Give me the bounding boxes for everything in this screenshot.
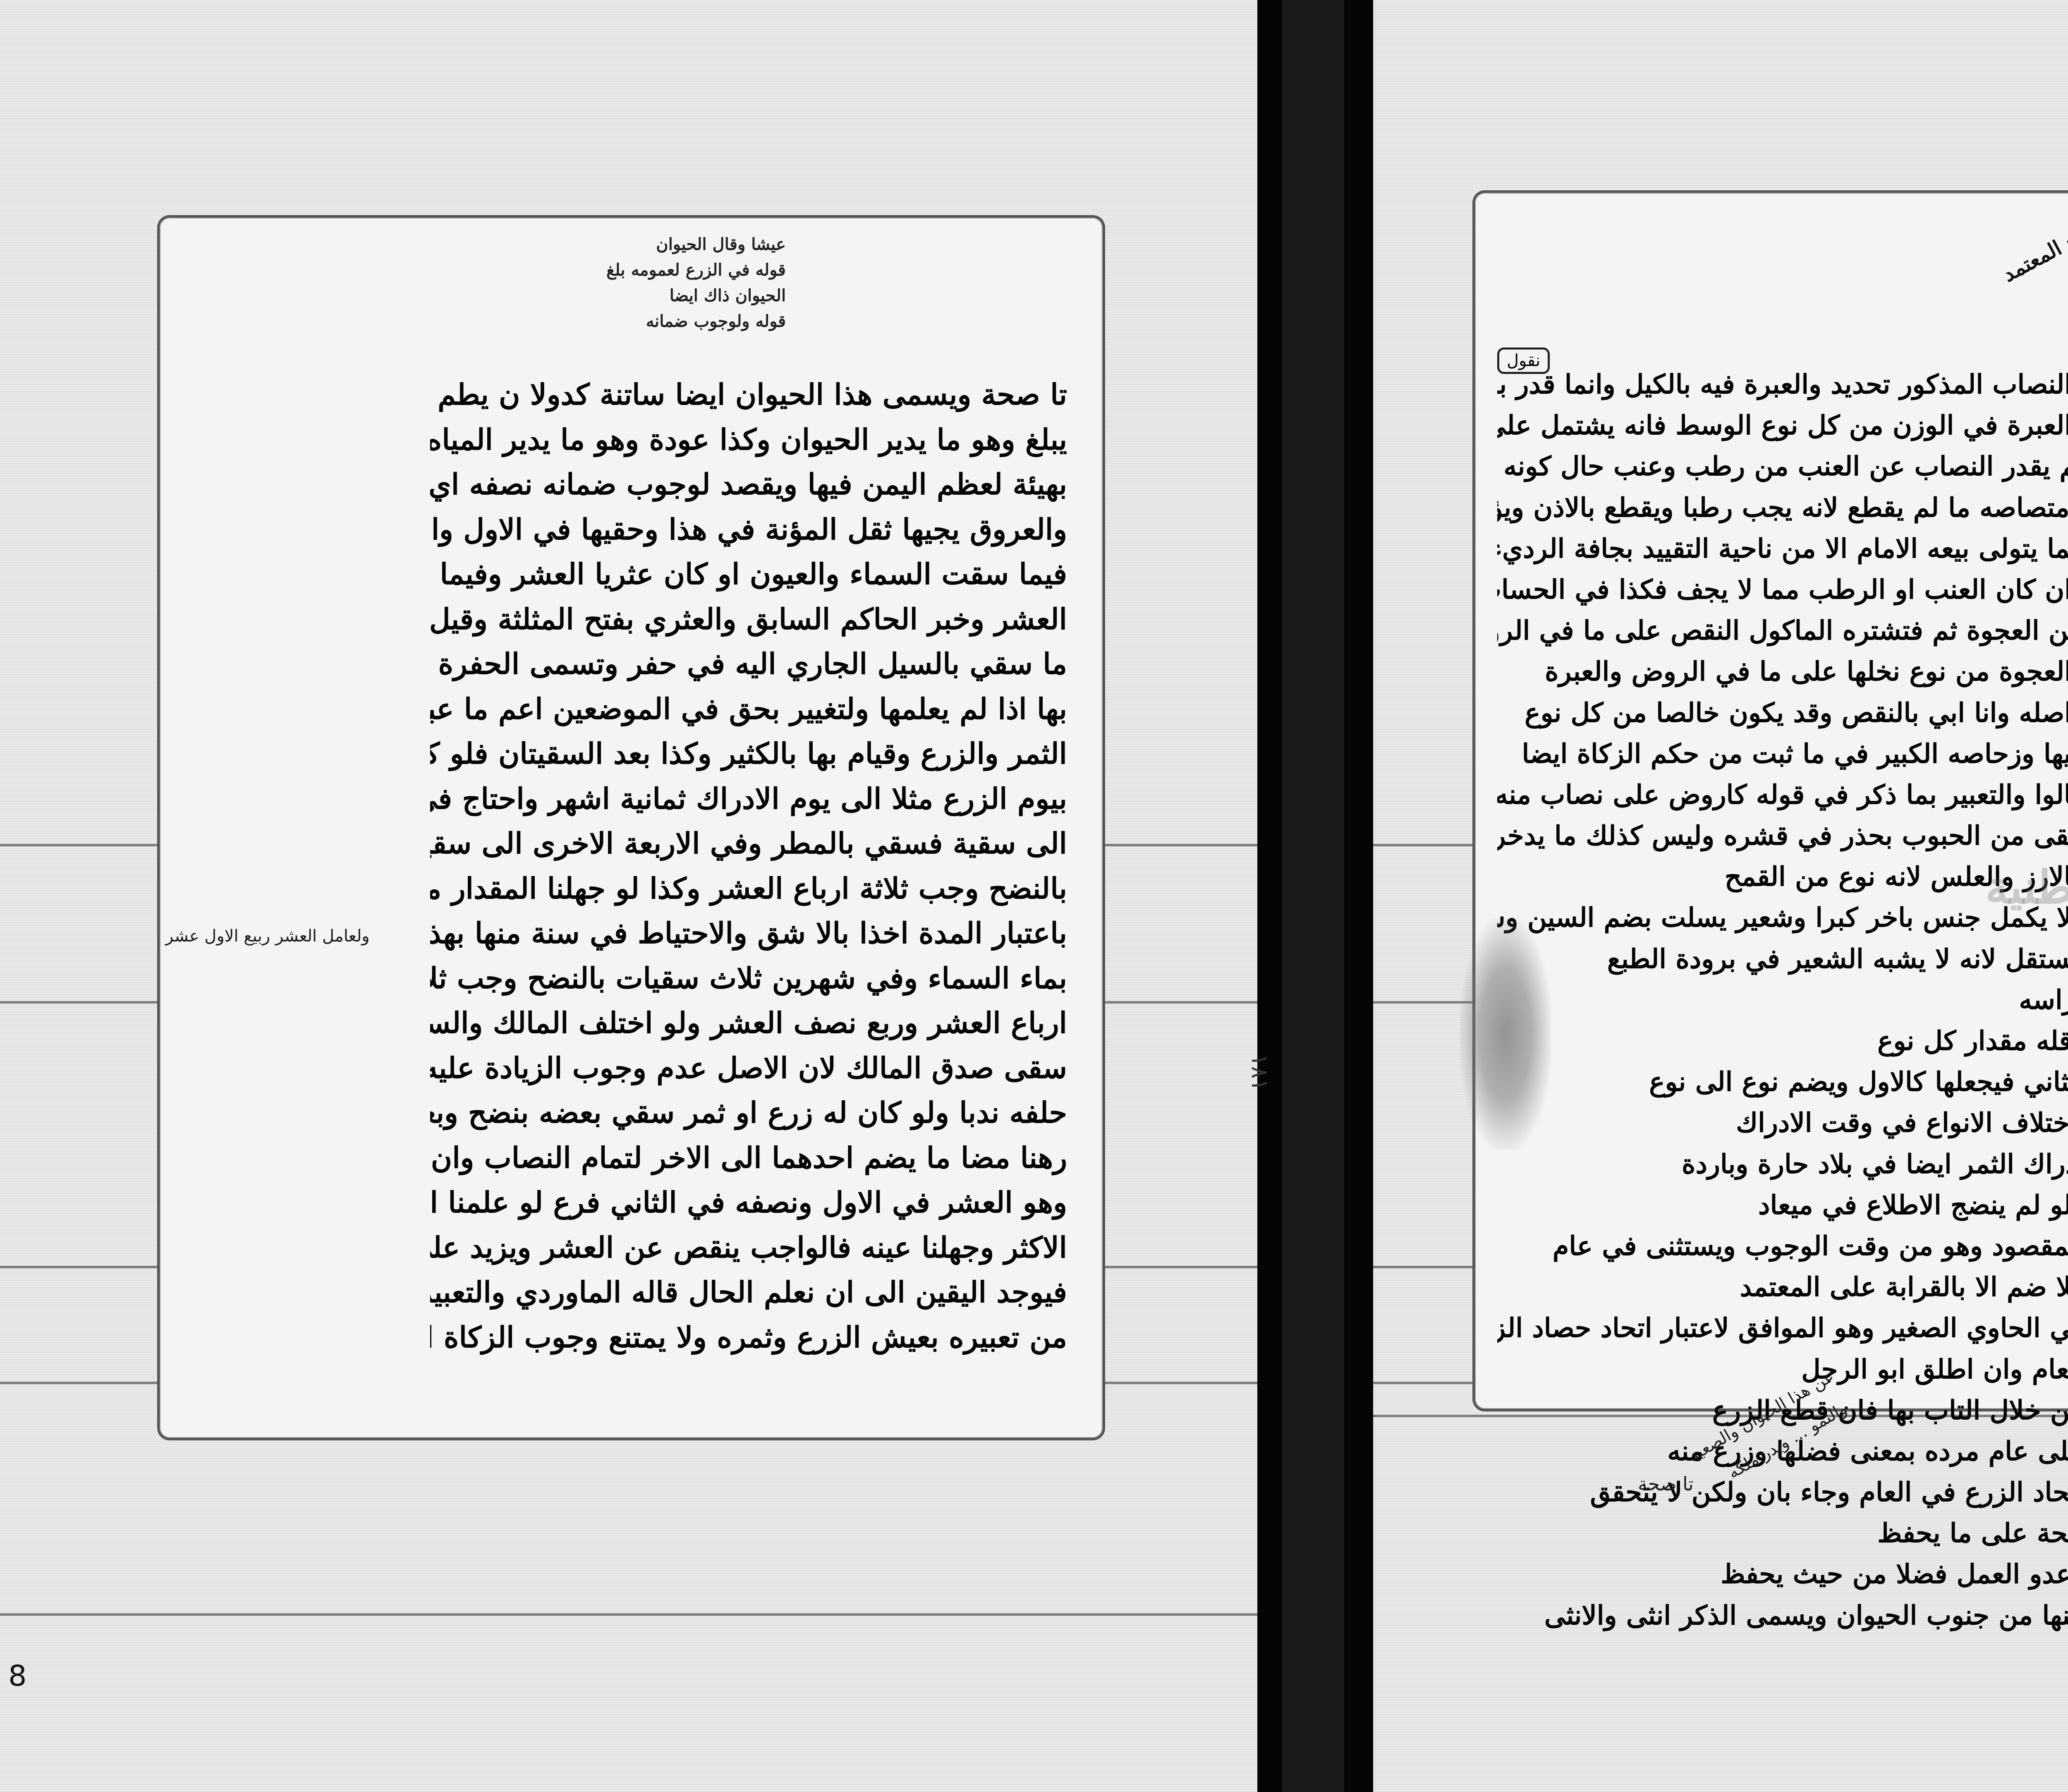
spine-shadow xyxy=(1282,0,1344,1792)
text-line: وهو العشر في الاول ونصفه في الثاني فرع ل… xyxy=(430,1180,1067,1225)
text-line: ثم يقدر النصاب عن العنب من رطب وعنب حال … xyxy=(1497,446,2068,487)
spine-label: ١٨١ xyxy=(1246,1054,1273,1091)
text-line: وقله مقدار كل نوع xyxy=(1497,1021,2068,1061)
text-line: باعتبار المدة اخذا بالا شق والاحتياط في … xyxy=(430,911,1067,956)
book-spine xyxy=(1257,0,1373,1792)
text-line: منها من جنوب الحيوان ويسمى الذكر انثى وا… xyxy=(1497,1595,2068,1636)
text-line: براسه xyxy=(1497,980,2068,1021)
text-line: فلا ضم الا بالقرابة على المعتمد xyxy=(1497,1267,2068,1308)
text-line: وان كان العنب او الرطب مما لا يجف فكذا ف… xyxy=(1497,569,2068,610)
text-line: بيوم الزرع مثلا الى يوم الادراك ثمانية ا… xyxy=(430,776,1067,822)
text-line: لاختلاف الانواع في وقت الادراك xyxy=(1497,1102,2068,1143)
margin-note: قوله ولوجوب ضمانه xyxy=(414,309,786,334)
text-line: وعدو العمل فضلا من حيث يحفظ xyxy=(1497,1554,2068,1595)
text-line: والعروق يجيها ثقل المؤنة في هذا وحقيها ف… xyxy=(430,507,1067,552)
text-line: بهيئة لعظم اليمن فيها ويقصد لوجوب ضمانه … xyxy=(430,462,1067,507)
text-line: ولا يكمل جنس باخر كبرا وشعير يسلت بضم ال… xyxy=(1497,897,2068,938)
text-line: ما سقي بالسيل الجاري اليه في حفر وتسمى ا… xyxy=(430,642,1067,687)
margin-note: الحيوان ذاك ايضا xyxy=(414,283,786,309)
bottom-word: تا صحة xyxy=(1638,1473,1694,1495)
text-line: الى سقية فسقي بالمطر وفي الاربعة الاخرى … xyxy=(430,821,1067,866)
text-line: ولو لم ينضج الاطلاع في ميعاد xyxy=(1497,1185,2068,1226)
text-line: من تعبيره بعيش الزرع وثمره ولا يمتنع وجو… xyxy=(430,1315,1067,1360)
folio-mark: 8 xyxy=(8,1659,27,1693)
text-line: مستقل لانه لا يشبه الشعير في برودة الطبع xyxy=(1497,939,2068,980)
text-line: المقصود وهو من وقت الوجوب ويستثنى في عام xyxy=(1497,1226,2068,1267)
text-line: الثمر والزرع وقيام بها بالكثير وكذا بعد … xyxy=(430,731,1067,776)
margin-note: عيشا وقال الحيوان xyxy=(414,232,786,257)
text-line: فالوا والتعبير بما ذكر في قوله كاروض على… xyxy=(1497,774,2068,815)
text-line: الاكثر وجهلنا عينه فالواجب ينقص عن العشر… xyxy=(430,1225,1067,1270)
left-main-text: تا صحة ويسمى هذا الحيوان ايضا ساتنة كدول… xyxy=(430,372,1067,1360)
text-line: في الحاوي الصغير وهو الموافق لاعتبار اتح… xyxy=(1497,1308,2068,1349)
margin-note: قوله في الزرع لعمومه بلغ xyxy=(414,257,786,283)
film-line xyxy=(0,1613,1257,1616)
text-line: تنقى من الحبوب بحذر في قشره وليس كذلك ما… xyxy=(1497,815,2068,856)
text-line: والنصاب المذكور تحديد والعبرة فيه بالكيل… xyxy=(1497,364,2068,405)
text-line: بماء السماء وفي شهرين ثلاث سقيات بالنضح … xyxy=(430,956,1067,1001)
text-line: الثاني فيجعلها كالاول ويضم نوع الى نوع xyxy=(1497,1061,2068,1102)
text-line: فيما سقت السماء والعيون او كان عثريا الع… xyxy=(430,552,1067,597)
left-side-note: ولعامل العشر ربيع الاول عشر xyxy=(165,927,370,946)
text-line: لامتصاصه ما لم يقطع لانه يجب رطبا ويقطع … xyxy=(1497,487,2068,528)
left-top-margin-notes: عيشا وقال الحيوان قوله في الزرع لعمومه ب… xyxy=(414,232,786,334)
text-line: سقى صدق المالك لان الاصل عدم وجوب الزياد… xyxy=(430,1046,1067,1091)
text-line: جحة على ما يحفظ xyxy=(1497,1513,2068,1554)
library-watermark: جامعة الملك الوطنية xyxy=(1985,860,2068,914)
text-line: تا صحة ويسمى هذا الحيوان ايضا ساتنة كدول… xyxy=(430,372,1067,417)
text-line: يبلغ وهو ما يدير الحيوان وكذا عودة وهو م… xyxy=(430,417,1067,462)
text-line: رهنا مضا ما يضم احدهما الى الاخر لتمام ا… xyxy=(430,1136,1067,1181)
text-line: حلفه ندبا ولو كان له زرع او ثمر سقي بعضه… xyxy=(430,1090,1067,1136)
text-line: العشر وخبر الحاكم السابق والعثري بفتح ال… xyxy=(430,597,1067,642)
text-line: العام وان اطلق ابو الرجل xyxy=(1497,1349,2068,1390)
text-line: مما يتولى بيعه الامام الا من ناحية التقي… xyxy=(1497,528,2068,569)
text-line: بها اذا لم يعلمها ولتغيير بحق في الموضعي… xyxy=(430,687,1067,732)
ink-stain xyxy=(1460,918,1551,1150)
text-line: والعجوة من نوع نخلها على ما في الروض وال… xyxy=(1497,651,2068,692)
text-line: ادراك الثمر ايضا في بلاد حارة وباردة xyxy=(1497,1144,2068,1185)
text-line: ارباع العشر وربع نصف العشر ولو اختلف الم… xyxy=(430,1001,1067,1046)
text-line: فيها وزحاصه الكبير في ما ثبت من حكم الزك… xyxy=(1497,733,2068,774)
text-line: فيوجد اليقين الى ان نعلم الحال قاله الما… xyxy=(430,1270,1067,1315)
text-line: كالارز والعلس لانه نوع من القمح xyxy=(1497,856,2068,897)
text-line: عن العجوة ثم فتشتره الماكول النقص على ما… xyxy=(1497,610,2068,651)
text-line: اتحاد الزرع في العام وجاء بان ولكن لا يت… xyxy=(1497,1472,2068,1513)
text-line: بالنضح وجب ثلاثة ارباع العشر وكذا لو جهل… xyxy=(430,866,1067,911)
text-line: والعبرة في الوزن من كل نوع الوسط فانه يش… xyxy=(1497,405,2068,446)
text-line: واصله وانا ابي بالنقص وقد يكون خالصا من … xyxy=(1497,692,2068,733)
